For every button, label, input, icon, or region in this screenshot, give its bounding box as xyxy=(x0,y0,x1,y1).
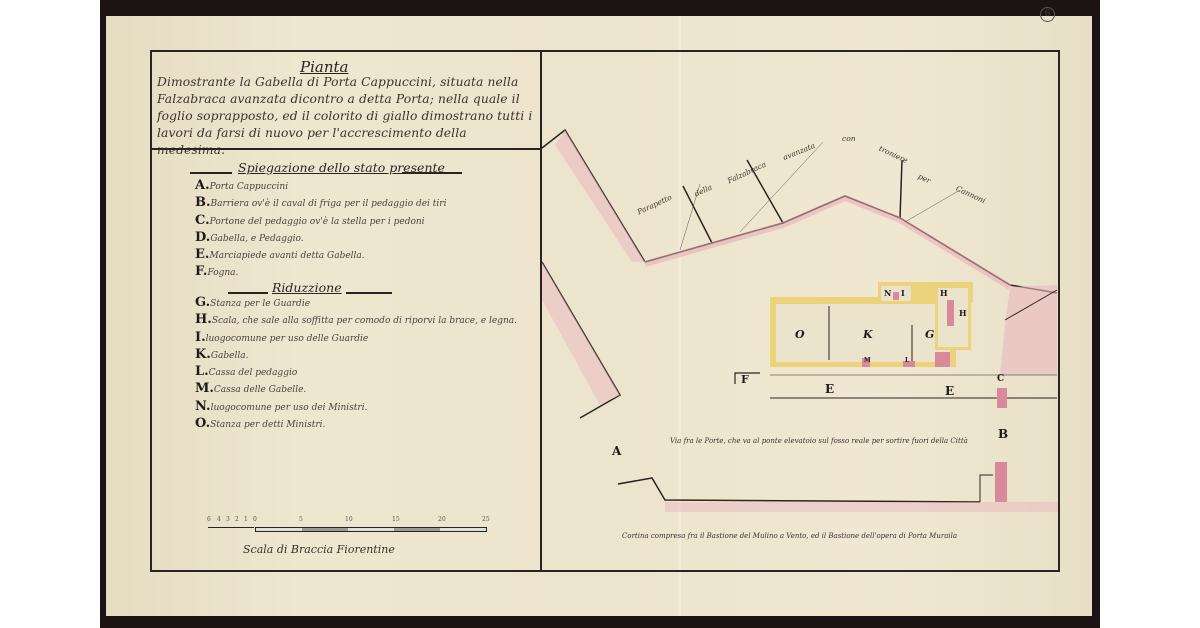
map-label-k: K xyxy=(863,328,873,341)
map-label-n: N xyxy=(884,288,891,298)
map-text-cortina: Cortina compresa fra il Bastione del Mul… xyxy=(622,532,957,540)
map-label-b: B xyxy=(998,427,1008,441)
map-text-con: con xyxy=(842,134,856,143)
map-label-h: H xyxy=(940,288,948,298)
map-label-m: M xyxy=(864,357,871,364)
map-label-h: H xyxy=(959,308,967,318)
map-label-l: L xyxy=(905,357,909,364)
map-text-via: Via fra le Porte, che va al ponte elevat… xyxy=(670,437,968,445)
map-label-g: G xyxy=(925,328,934,341)
fortification-plan xyxy=(0,0,1200,628)
map-label-i: I xyxy=(901,288,905,298)
map-label-c: C xyxy=(997,374,1004,384)
map-label-o: O xyxy=(795,328,805,341)
map-label-e: E xyxy=(825,382,834,396)
map-label-e: E xyxy=(945,384,954,398)
map-label-f: F xyxy=(741,373,749,386)
map-label-a: A xyxy=(612,444,621,458)
